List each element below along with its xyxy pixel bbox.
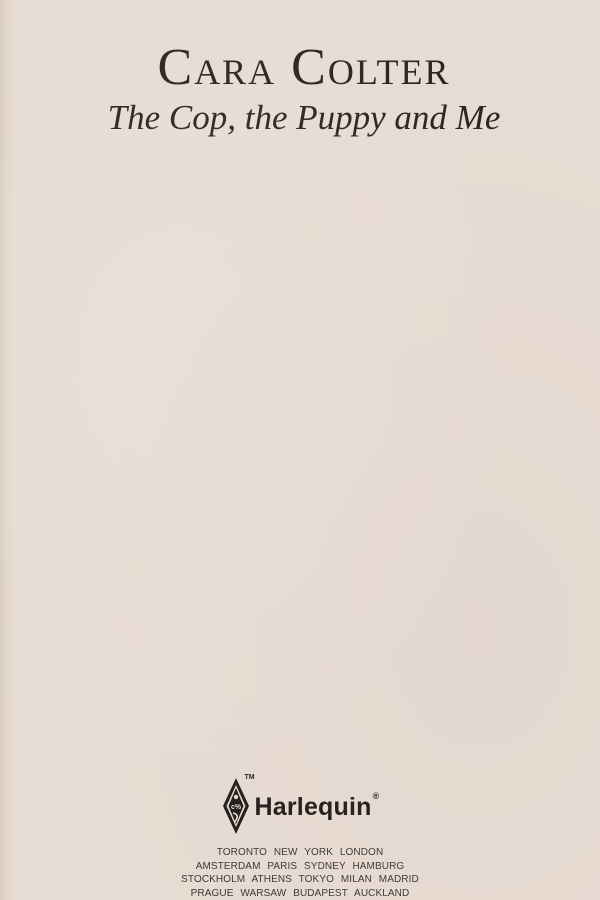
harlequin-diamond-icon: c% TM [221,776,251,836]
logo-group: c% TM Harlequin® [221,776,380,836]
cities-line: PRAGUE WARSAW BUDAPEST AUCKLAND [0,887,600,900]
title-page: Cara Colter The Cop, the Puppy and Me c%… [0,0,600,900]
trademark-mark: TM [245,774,255,781]
cities-line: TORONTO NEW YORK LONDON [0,846,600,860]
publisher-name-text: Harlequin [255,793,372,821]
publisher-logo: c% TM Harlequin® [0,776,600,836]
svg-text:c%: c% [230,804,241,811]
cities-line: AMSTERDAM PARIS SYDNEY HAMBURG [0,860,600,874]
publisher-cities: TORONTO NEW YORK LONDON AMSTERDAM PARIS … [0,846,600,900]
book-title: The Cop, the Puppy and Me [0,96,600,140]
author-name: Cara Colter [0,40,600,96]
publisher-name: Harlequin® [255,793,380,822]
cities-line: STOCKHOLM ATHENS TOKYO MILAN MADRID [0,873,600,887]
registered-mark: ® [373,791,380,801]
